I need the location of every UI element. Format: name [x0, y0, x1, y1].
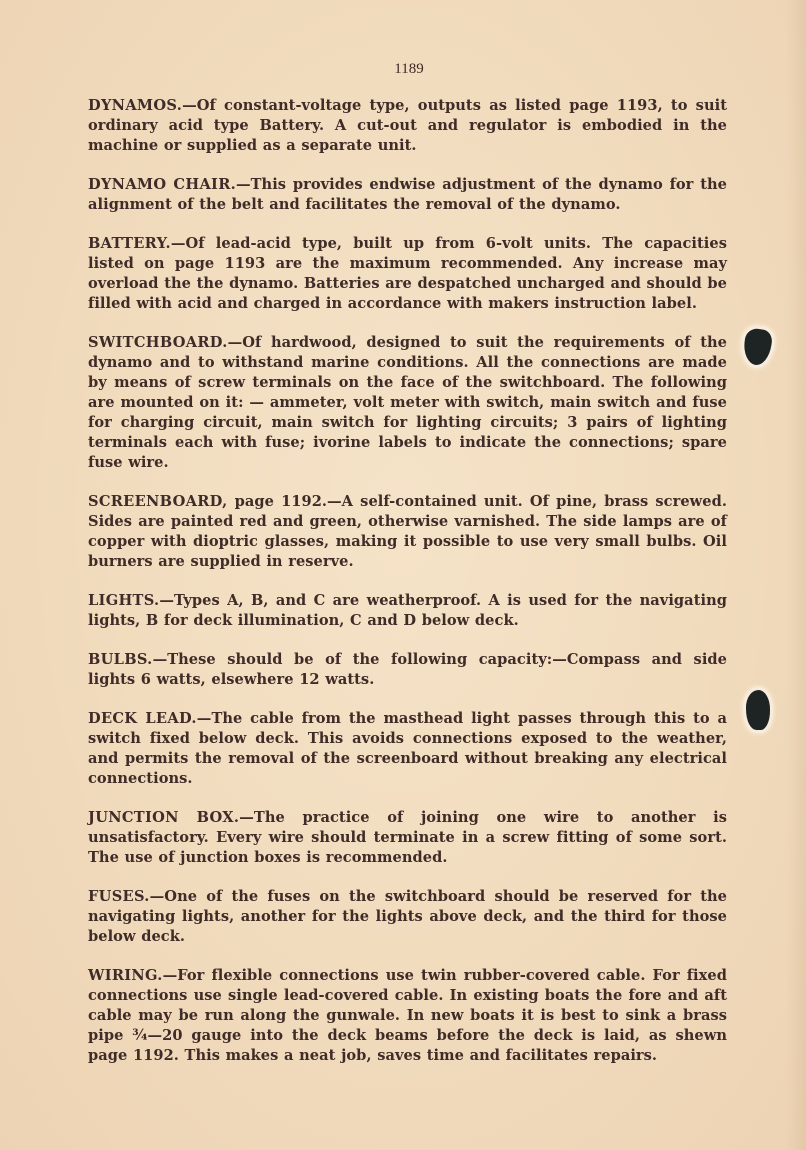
section-lights: LIGHTS.—Types A, B, and C are weatherpro…: [88, 591, 727, 631]
section-screenboard: SCREENBOARD, page 1192.—A self-contained…: [88, 492, 727, 572]
section-heading: SWITCHBOARD.: [88, 334, 228, 351]
page-edge-shadow: [786, 0, 806, 1150]
punch-hole-icon: [746, 690, 770, 730]
section-wiring: WIRING.—For flexible connections use twi…: [88, 966, 727, 1066]
section-heading: DECK LEAD.: [88, 710, 197, 727]
section-fuses: FUSES.—One of the fuses on the switchboa…: [88, 887, 727, 947]
section-text: —Types A, B, and C are weatherproof. A i…: [88, 592, 727, 629]
section-text: —For flexible connections use twin rubbe…: [88, 967, 727, 1064]
section-heading: DYNAMOS.: [88, 97, 182, 114]
section-junction-box: JUNCTION BOX.—The practice of joining on…: [88, 808, 727, 868]
section-heading: LIGHTS.: [88, 592, 159, 609]
page-body: DYNAMOS.—Of constant-voltage type, outpu…: [88, 96, 727, 1085]
section-bulbs: BULBS.—These should be of the following …: [88, 650, 727, 690]
section-heading: BULBS.: [88, 651, 153, 668]
section-switchboard: SWITCHBOARD.—Of hardwood, designed to su…: [88, 333, 727, 473]
section-heading: SCREENBOARD,: [88, 493, 227, 510]
section-text: —These should be of the following capaci…: [88, 651, 727, 688]
section-text: —One of the fuses on the switchboard sho…: [88, 888, 727, 945]
section-heading: BATTERY.: [88, 235, 171, 252]
section-text: —Of lead-acid type, built up from 6-volt…: [88, 235, 727, 312]
section-dynamo-chair: DYNAMO CHAIR.—This provides endwise adju…: [88, 175, 727, 215]
section-text: —Of constant-voltage type, outputs as li…: [88, 97, 727, 154]
section-heading: FUSES.: [88, 888, 150, 905]
section-heading: JUNCTION BOX.: [88, 809, 239, 826]
section-heading: WIRING.: [88, 967, 163, 984]
section-battery: BATTERY.—Of lead-acid type, built up fro…: [88, 234, 727, 314]
section-dynamos: DYNAMOS.—Of constant-voltage type, outpu…: [88, 96, 727, 156]
page-number: 1189: [0, 61, 806, 78]
punch-hole-icon: [742, 327, 774, 366]
section-heading: DYNAMO CHAIR.: [88, 176, 236, 193]
section-text: —Of hardwood, designed to suit the requi…: [88, 334, 727, 471]
section-deck-lead: DECK LEAD.—The cable from the masthead l…: [88, 709, 727, 789]
